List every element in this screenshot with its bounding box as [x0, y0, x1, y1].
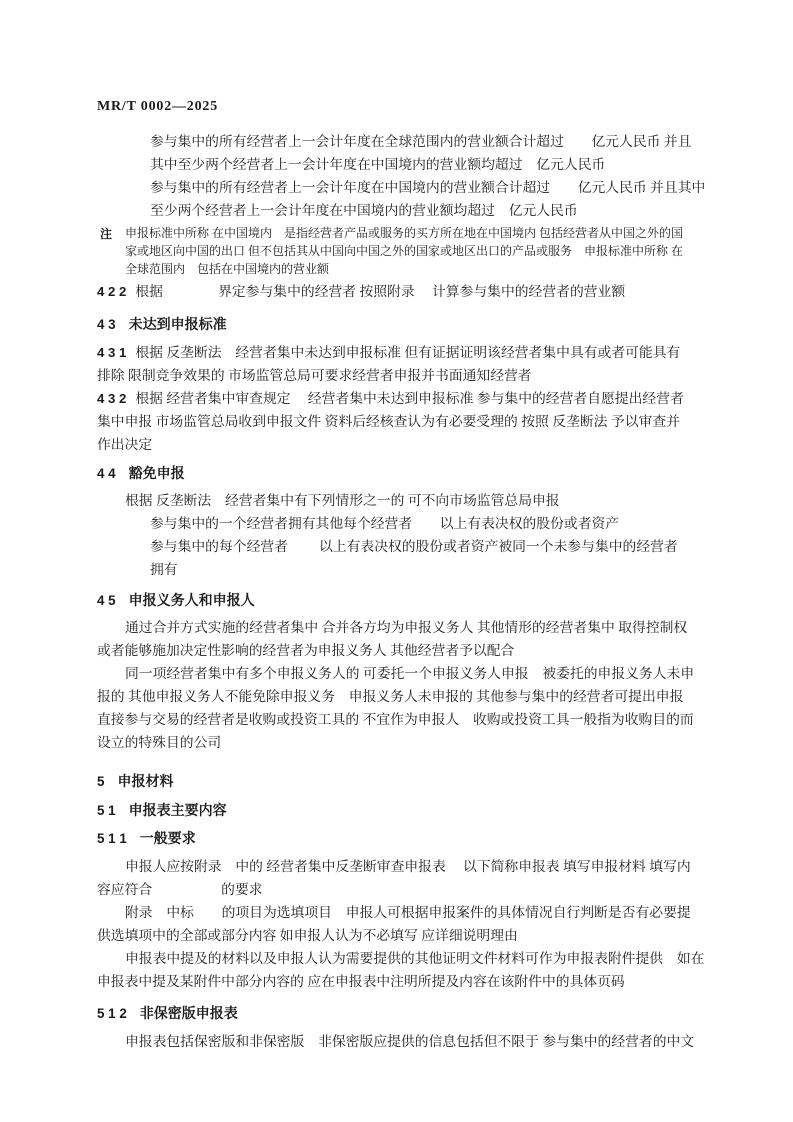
- heading-title: 申报表主要内容: [129, 802, 227, 818]
- section-4-5-body: 通过合并方式实施的经营者集中 合并各方均为申报义务人 其他情形的经营者集中 取得…: [97, 616, 698, 754]
- note-line: 家或地区向中国的出口 但不包括其从中国向中国之外的国家或地区出口的产品或服务 申…: [125, 242, 698, 260]
- clause-line: 排除 限制竞争效果的 市场监管总局可要求经营者申报并书面通知经营者: [97, 364, 698, 387]
- section-heading-4-5: 4 5申报义务人和申报人: [97, 589, 698, 612]
- list-item: 参与集中的一个经营者拥有其他每个经营者 以上有表决权的股份或者资产: [150, 512, 698, 535]
- heading-number: 5: [97, 774, 104, 789]
- section-heading-5-1: 5 1申报表主要内容: [97, 799, 698, 822]
- clause-number: 4 2 2: [97, 284, 126, 299]
- list-item: 参与集中的每个经营者 以上有表决权的股份或者资产被同一个未参与集中的经营者: [150, 535, 698, 558]
- section-4-4-body: 根据 反垄断法 经营者集中有下列情形之一的 可不向市场监管总局申报 参与集中的一…: [97, 489, 698, 581]
- heading-number: 4 3: [97, 317, 116, 332]
- paragraph-line: 容应符合 的要求: [97, 878, 698, 901]
- section-5-1-1-body: 申报人应按附录 中的 经营者集中反垄断审查申报表 以下简称申报表 填写申报材料 …: [97, 855, 698, 993]
- clause-text: 根据 界定参与集中的经营者 按照附录 计算参与集中的经营者的营业额: [135, 284, 625, 299]
- clause-line: 集中申报 市场监管总局收到申报文件 资料后经核查认为有必要受理的 按照 反垄断法…: [97, 410, 698, 433]
- heading-number: 5 1 1: [97, 831, 127, 846]
- threshold-line: 至少两个经营者上一会计年度在中国境内的营业额均超过 亿元人民币: [150, 199, 698, 222]
- paragraph-line: 申报表中提及某附件中部分内容的 应在申报表中注明所提及内容在该附件中的具体页码: [97, 970, 698, 993]
- note-label: 注: [100, 225, 112, 243]
- heading-title: 申报材料: [117, 773, 173, 789]
- section-heading-5-1-1: 5 1 1一般要求: [97, 827, 698, 850]
- paragraph-line: 附录 中标 的项目为选填项目 申报人可根据申报案件的具体情况自行判断是否有必要提: [97, 901, 698, 924]
- document-number: MR/T 0002—2025: [97, 98, 698, 116]
- exemption-list: 参与集中的一个经营者拥有其他每个经营者 以上有表决权的股份或者资产 参与集中的每…: [97, 512, 698, 581]
- section-5-1-2-body: 申报表包括保密版和非保密版 非保密版应提供的信息包括但不限于 参与集中的经营者的…: [97, 1030, 698, 1053]
- heading-number: 4 4: [97, 466, 116, 481]
- document-page: MR/T 0002—2025 参与集中的所有经营者上一会计年度在全球范围内的营业…: [0, 0, 793, 1122]
- paragraph-line: 通过合并方式实施的经营者集中 合并各方均为申报义务人 其他情形的经营者集中 取得…: [97, 616, 698, 639]
- heading-title: 一般要求: [140, 830, 196, 846]
- clause-number: 4 3 2: [97, 391, 126, 406]
- paragraph-line: 申报人应按附录 中的 经营者集中反垄断审查申报表 以下简称申报表 填写申报材料 …: [97, 855, 698, 878]
- section-heading-4-4: 4 4豁免申报: [97, 462, 698, 485]
- paragraph-line: 供选填项中的全部或部分内容 如申报人认为不必填写 应详细说明理由: [97, 924, 698, 947]
- heading-title: 非保密版申报表: [140, 1005, 238, 1021]
- clause-4-3-1: 4 3 1根据 反垄断法 经营者集中未达到申报标准 但有证据证明该经营者集中具有…: [97, 341, 698, 387]
- threshold-line: 参与集中的所有经营者上一会计年度在全球范围内的营业额合计超过 亿元人民币 并且: [150, 130, 698, 153]
- note-line: 申报标准中所称 在中国境内 是指经营者产品或服务的买方所在地在中国境内 包括经营…: [125, 224, 698, 242]
- list-item: 拥有: [150, 558, 698, 581]
- clause-line: 作出决定: [97, 433, 698, 456]
- note-block: 注 申报标准中所称 在中国境内 是指经营者产品或服务的买方所在地在中国境内 包括…: [97, 224, 698, 278]
- clause-4-3-2: 4 3 2根据 经营者集中审查规定 经营者集中未达到申报标准 参与集中的经营者自…: [97, 387, 698, 456]
- heading-title: 未达到申报标准: [129, 316, 227, 332]
- clause-line: 4 3 1根据 反垄断法 经营者集中未达到申报标准 但有证据证明该经营者集中具有…: [97, 341, 698, 364]
- section-heading-5: 5申报材料: [97, 770, 698, 793]
- heading-title: 申报义务人和申报人: [129, 592, 255, 608]
- section-heading-5-1-2: 5 1 2非保密版申报表: [97, 1002, 698, 1025]
- threshold-line: 其中至少两个经营者上一会计年度在中国境内的营业额均超过 亿元人民币: [150, 153, 698, 176]
- paragraph-line: 直接参与交易的经营者是收购或投资工具的 不宜作为申报人 收购或投资工具一般指为收…: [97, 708, 698, 731]
- heading-title: 豁免申报: [129, 465, 185, 481]
- paragraph-line: 同一项经营者集中有多个申报义务人的 可委托一个申报义务人申报 被委托的申报义务人…: [97, 662, 698, 685]
- heading-number: 5 1 2: [97, 1006, 127, 1021]
- note-line: 全球范围内 包括在中国境内的营业额: [125, 260, 698, 278]
- paragraph-line: 报的 其他申报义务人不能免除申报义务 申报义务人未申报的 其他参与集中的经营者可…: [97, 685, 698, 708]
- heading-number: 5 1: [97, 803, 116, 818]
- threshold-list: 参与集中的所有经营者上一会计年度在全球范围内的营业额合计超过 亿元人民币 并且 …: [97, 130, 698, 222]
- threshold-line: 参与集中的所有经营者上一会计年度在中国境内的营业额合计超过 亿元人民币 并且其中: [150, 176, 698, 199]
- clause-number: 4 3 1: [97, 345, 126, 360]
- paragraph-line: 申报表包括保密版和非保密版 非保密版应提供的信息包括但不限于 参与集中的经营者的…: [97, 1030, 698, 1053]
- clause-text: 根据 经营者集中审查规定 经营者集中未达到申报标准 参与集中的经营者自愿提出经营…: [135, 391, 683, 406]
- clause-line: 4 2 2根据 界定参与集中的经营者 按照附录 计算参与集中的经营者的营业额: [97, 280, 698, 303]
- paragraph-line: 或者能够施加决定性影响的经营者为申报义务人 其他经营者予以配合: [97, 639, 698, 662]
- clause-line: 4 3 2根据 经营者集中审查规定 经营者集中未达到申报标准 参与集中的经营者自…: [97, 387, 698, 410]
- clause-4-2-2: 4 2 2根据 界定参与集中的经营者 按照附录 计算参与集中的经营者的营业额: [97, 280, 698, 303]
- clause-text: 根据 反垄断法 经营者集中未达到申报标准 但有证据证明该经营者集中具有或者可能具…: [135, 345, 680, 360]
- section-heading-4-3: 4 3未达到申报标准: [97, 313, 698, 336]
- paragraph-line: 设立的特殊目的公司: [97, 731, 698, 754]
- paragraph-line: 申报表中提及的材料以及申报人认为需要提供的其他证明文件材料可作为申报表附件提供 …: [97, 947, 698, 970]
- paragraph-line: 根据 反垄断法 经营者集中有下列情形之一的 可不向市场监管总局申报: [97, 489, 698, 512]
- heading-number: 4 5: [97, 593, 116, 608]
